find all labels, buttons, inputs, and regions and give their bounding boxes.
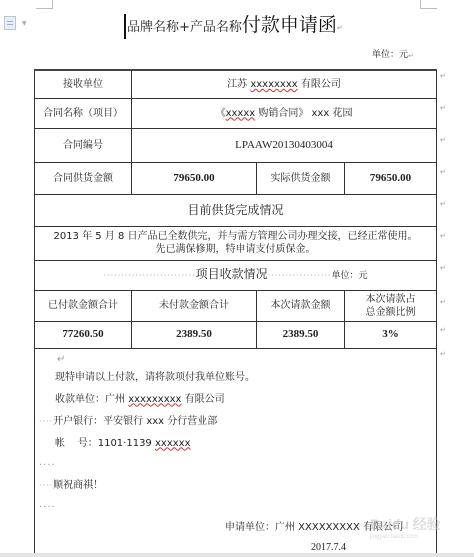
header-unpaid-total: 未付款金额合计 (132, 290, 257, 321)
contract-no-value: LPAAW20130403004 (132, 128, 437, 162)
title-brand-product: 品牌名称+产品名称 (127, 20, 242, 35)
collection-unit: 单位：元 (331, 271, 367, 281)
actual-amount-value: 79650.00 (345, 162, 437, 194)
table-row-collection-values: 77260.50 2389.50 2389.50 3% (35, 321, 437, 348)
table-row-collection-headers: 已付款金额合计 未付款金额合计 本次请款金额 本次请款占 总金额比例 (35, 290, 437, 321)
document-icon[interactable] (4, 16, 16, 30)
letter-bank: ····开户银行：平安银行 xxx 分行营业部 (39, 415, 217, 428)
actual-amount-label: 实际供货金额 (257, 162, 345, 194)
letter-request: 现特申请以上付款，请将款项付我单位账号。 (55, 371, 255, 384)
page-corner-mark-right (420, 0, 437, 9)
collection-heading-cell: ··························项目收款情况········… (35, 260, 437, 290)
receiver-value: 江苏 xxxxxxxx 有限公司 (132, 70, 437, 98)
payment-request-table: 接收单位 江苏 xxxxxxxx 有限公司 合同名称（项目） 《xxxxx 购销… (34, 69, 437, 555)
current-request-value: 2389.50 (257, 321, 345, 348)
collection-heading: 项目收款情况 (196, 267, 268, 281)
bottom-bar (0, 553, 474, 557)
contract-name-value: 《xxxxx 购销合同》 xxx 花园 (132, 98, 437, 128)
contract-amount-value: 79650.00 (132, 162, 257, 194)
header-current-request: 本次请款金额 (257, 290, 345, 321)
contract-amount-label: 合同供货金额 (35, 162, 132, 194)
dropdown-caret-icon[interactable]: ▼ (22, 20, 27, 27)
letter-payee: 收款单位：广州 xxxxxxxxx 有限公司 (55, 393, 225, 406)
unpaid-total-value: 2389.50 (132, 321, 257, 348)
paragraph-mark: ↵ (337, 24, 343, 32)
table-row-contract-no: 合同编号 LPAAW20130403004 (35, 128, 437, 162)
table-row-receiver: 接收单位 江苏 xxxxxxxx 有限公司 (35, 70, 437, 98)
request-ratio-value: 3% (345, 321, 437, 348)
contract-no-label: 合同编号 (35, 128, 132, 162)
letter-account: 帐 号：1101·1139 xxxxxx (55, 437, 191, 450)
table-row-supply-text: 2013 年 5 月 8 日产品已全数供完，并与需方管理公司办理交接，已经正常使… (35, 226, 437, 260)
title-main: 付款申请函 (242, 14, 337, 36)
receiver-label: 接收单位 (35, 70, 132, 98)
table-row-contract-name: 合同名称（项目） 《xxxxx 购销合同》 xxx 花园 (35, 98, 437, 128)
watermark: Baidu 经验 jingyan.baidu.com (370, 514, 441, 540)
page-corner-mark-left (36, 0, 53, 9)
table-row-amounts: 合同供货金额 79650.00 实际供货金额 79650.00 (35, 162, 437, 194)
unit-label: 单位：元↵ (372, 47, 414, 60)
table-row-supply-heading: 目前供货完成情况 (35, 194, 437, 226)
letter-date: 2017.7.4 (311, 541, 346, 554)
supply-status-heading: 目前供货完成情况 (35, 194, 437, 226)
paid-total-value: 77260.50 (35, 321, 132, 348)
document-title: 品牌名称+产品名称付款申请函↵ (124, 14, 343, 39)
header-paid-total: 已付款金额合计 (35, 290, 132, 321)
table-row-collection-heading: ··························项目收款情况········… (35, 260, 437, 290)
letter-closing: ····顺祝商祺！ (39, 479, 103, 492)
contract-name-label: 合同名称（项目） (35, 98, 132, 128)
supply-status-text: 2013 年 5 月 8 日产品已全数供完，并与需方管理公司办理交接，已经正常使… (35, 226, 437, 260)
header-request-ratio: 本次请款占 总金额比例 (345, 290, 437, 321)
